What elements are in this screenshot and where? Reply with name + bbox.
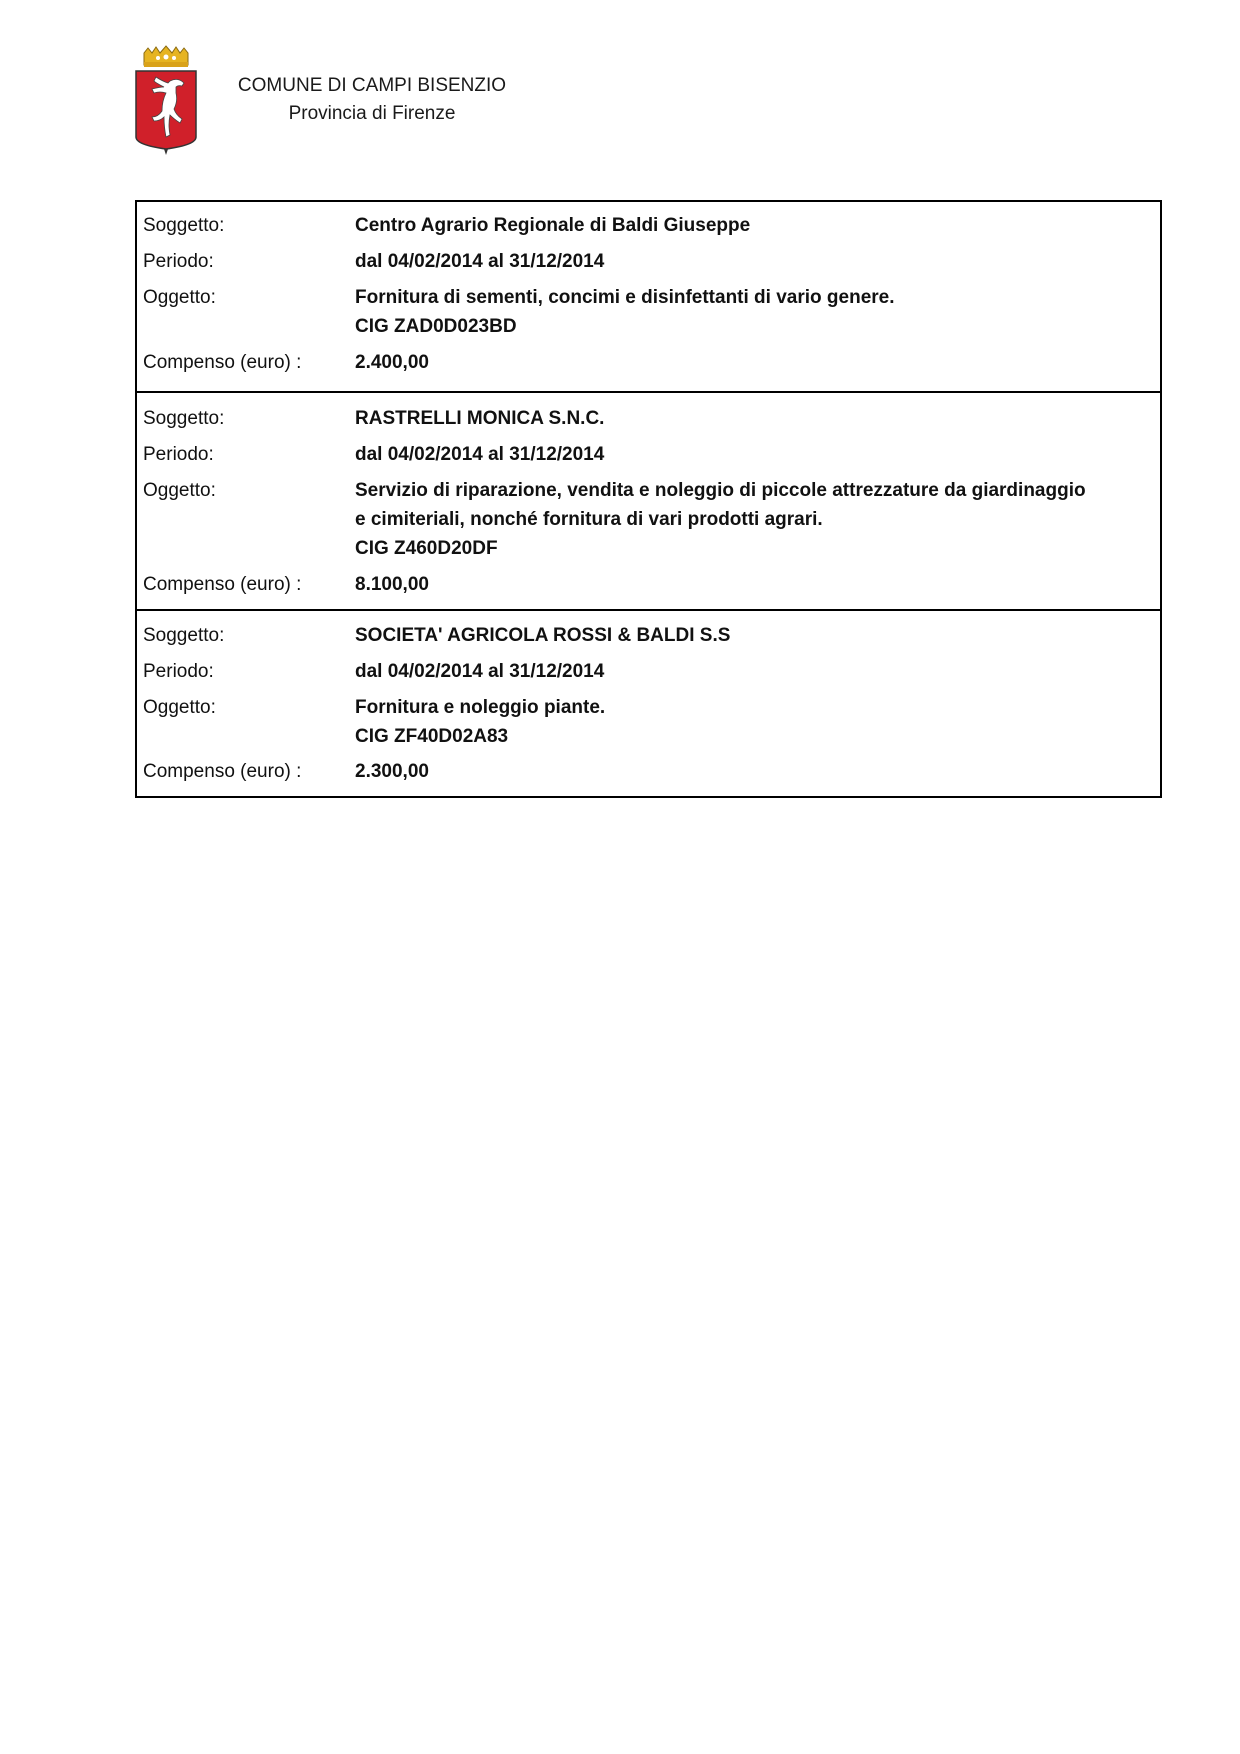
cig-code: CIG Z460D20DF [355,534,1156,563]
fee-label: Compenso (euro) : [143,757,343,786]
contract-entry: Soggetto: Centro Agrario Regionale di Ba… [137,202,1160,391]
cig-code: CIG ZAD0D023BD [355,312,1156,341]
object-label: Oggetto: [143,693,343,722]
object-label: Oggetto: [143,476,343,505]
province-name: Provincia di Firenze [222,100,522,128]
period-value: dal 04/02/2014 al 31/12/2014 [355,657,1156,686]
subject-label: Soggetto: [143,211,343,240]
municipality-name: COMUNE DI CAMPI BISENZIO [222,72,522,100]
object-line: Fornitura di sementi, concimi e disinfet… [355,283,1156,312]
fee-value: 2.400,00 [355,348,1156,377]
fee-label: Compenso (euro) : [143,570,343,599]
subject-value: Centro Agrario Regionale di Baldi Giusep… [355,211,1156,240]
subject-label: Soggetto: [143,404,343,433]
fee-value: 8.100,00 [355,570,1156,599]
fee-label: Compenso (euro) : [143,348,343,377]
subject-value: SOCIETA' AGRICOLA ROSSI & BALDI S.S [355,621,1156,650]
cig-code: CIG ZF40D02A83 [355,722,1156,751]
contract-entry: Soggetto: RASTRELLI MONICA S.N.C. Period… [137,391,1160,609]
period-value: dal 04/02/2014 al 31/12/2014 [355,440,1156,469]
subject-label: Soggetto: [143,621,343,650]
object-line: Fornitura e noleggio piante. [355,693,1156,722]
header: COMUNE DI CAMPI BISENZIO Provincia di Fi… [222,72,522,128]
object-value: Servizio di riparazione, vendita e noleg… [355,476,1156,563]
object-value: Fornitura di sementi, concimi e disinfet… [355,283,1156,341]
object-line: Servizio di riparazione, vendita e noleg… [355,476,1156,505]
period-label: Periodo: [143,247,343,276]
contract-entry: Soggetto: SOCIETA' AGRICOLA ROSSI & BALD… [137,609,1160,796]
subject-value: RASTRELLI MONICA S.N.C. [355,404,1156,433]
object-value: Fornitura e noleggio piante. CIG ZF40D02… [355,693,1156,751]
coat-of-arms-icon [134,45,198,157]
period-label: Periodo: [143,440,343,469]
object-line: e cimiteriali, nonché fornitura di vari … [355,505,1156,534]
contracts-table: Soggetto: Centro Agrario Regionale di Ba… [135,200,1162,798]
object-label: Oggetto: [143,283,343,312]
period-value: dal 04/02/2014 al 31/12/2014 [355,247,1156,276]
fee-value: 2.300,00 [355,757,1156,786]
crown-icon [144,46,188,67]
period-label: Periodo: [143,657,343,686]
